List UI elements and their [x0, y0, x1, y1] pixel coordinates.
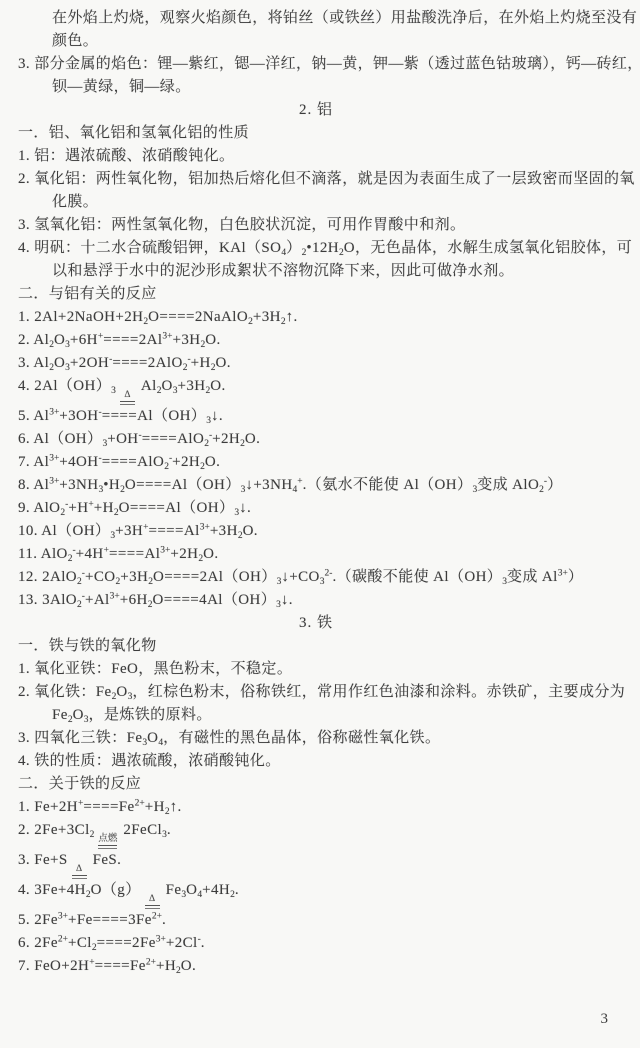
document-line: 钡—黄绿，铜—绿。 — [18, 76, 624, 99]
document-line: 3. Fe+SΔFeS. — [18, 849, 624, 879]
text-run: +3H — [173, 332, 201, 348]
document-line: 化膜。 — [18, 191, 624, 214]
text-run: O — [116, 684, 127, 700]
document-line: 二．关于铁的反应 — [18, 773, 624, 796]
text-run: ====Al — [148, 523, 199, 539]
document-line: 一．铝、氧化铝和氢氧化铝的性质 — [18, 122, 624, 145]
document-line: 13. 3AlO2-+Al3++6H2O====4Al（OH）3↓. — [18, 589, 624, 612]
text-run: +3H — [115, 523, 143, 539]
text-run: ↓+3NH — [245, 477, 292, 493]
subscript: 2 — [68, 554, 73, 564]
text-run: +2OH — [70, 355, 109, 371]
text-run: 2. 铝 — [299, 102, 333, 118]
text-run: +Fe====3Fe — [68, 912, 152, 928]
text-run: 5. Al — [18, 408, 49, 424]
text-run: 3. Fe+S — [18, 852, 68, 868]
text-run: 3. 部分金属的焰色：锂—紫红，锶—洋红，钠—黄，钾—紫（透过蓝色钴玻璃），钙—… — [18, 56, 640, 72]
text-run: . — [235, 882, 239, 898]
superscript: 3+ — [160, 546, 170, 556]
subscript: 3 — [320, 577, 325, 587]
text-run: O====4Al（OH） — [153, 592, 277, 608]
text-run: O. — [243, 523, 258, 539]
text-run: .（氨水不能使 Al（OH） — [303, 477, 473, 493]
text-run: ↓+CO — [281, 569, 319, 585]
text-run: ） — [568, 569, 583, 585]
document-line: 6. 2Fe2++Cl2====2Fe3++2Cl-. — [18, 932, 624, 955]
superscript: 3+ — [156, 935, 166, 945]
document-line: 10. Al（OH）3+3H+====Al3++3H2O. — [18, 520, 624, 543]
text-run: 变成 AlO — [477, 477, 539, 493]
text-run: 9. AlO — [18, 500, 60, 516]
text-run: O====2Al（OH） — [153, 569, 277, 585]
text-run: 13. 3AlO — [18, 592, 77, 608]
document-line: 3. 四氧化三铁：Fe3O4，有磁性的黑色晶体，俗称磁性氧化铁。 — [18, 727, 624, 750]
text-run: 化膜。 — [52, 194, 98, 210]
text-run: O. — [210, 378, 225, 394]
section-heading: 2. 铝 — [18, 99, 624, 122]
document-line: 11. AlO2-+4H+====Al3++2H2O. — [18, 543, 624, 566]
text-run: +3H — [210, 523, 238, 539]
text-run: 4. 明矾：十二水合硫酸铝钾，KAl（SO — [18, 240, 281, 256]
text-run: 10. Al（OH） — [18, 523, 110, 539]
section-heading: 3. 铁 — [18, 612, 624, 635]
text-run: Fe — [166, 882, 182, 898]
document-line: 1. 氧化亚铁：FeO，黑色粉末，不稳定。 — [18, 658, 624, 681]
text-run: +2H — [172, 454, 200, 470]
document-line: 8. Al3++3NH3•H2O====Al（OH）3↓+3NH4+.（氨水不能… — [18, 474, 624, 497]
document-line: 3. 氢氧化铝：两性氢氧化物，白色胶状沉淀，可用作胃酸中和剂。 — [18, 214, 624, 237]
text-run: ，有磁性的黑色晶体，俗称磁性氧化铁。 — [163, 730, 440, 746]
document-line: 5. 2Fe3++Fe====3Fe2+. — [18, 909, 624, 932]
text-run: +2H — [170, 546, 198, 562]
text-run: O====2NaAlO — [148, 309, 248, 325]
superscript: 3+ — [162, 332, 172, 342]
text-run: 5. 2Fe — [18, 912, 58, 928]
superscript: 2+ — [58, 935, 68, 945]
text-run: ====2Fe — [97, 935, 156, 951]
text-run: 颜色。 — [52, 33, 98, 49]
document-line: 12. 2AlO2-+CO2+3H2O====2Al（OH）3↓+CO32-.（… — [18, 566, 624, 589]
reaction-condition: Δ — [72, 864, 87, 879]
document-line: 1. 2Al+2NaOH+2H2O====2NaAlO2+3H2↑. — [18, 306, 624, 329]
text-run: +H — [94, 500, 114, 516]
text-run: 12. 2AlO — [18, 569, 77, 585]
text-run: O. — [215, 355, 230, 371]
text-run: 4. 2Al（OH） — [18, 378, 111, 394]
text-run: O. — [203, 546, 218, 562]
text-run: 2FeCl — [123, 822, 162, 838]
document-line: 3. 部分金属的焰色：锂—紫红，锶—洋红，钠—黄，钾—紫（透过蓝色钴玻璃），钙—… — [18, 53, 624, 76]
document-line: 5. Al3++3OH-====Al（OH）3↓. — [18, 405, 624, 428]
text-run: +4OH — [59, 454, 98, 470]
superscript: 3+ — [49, 477, 59, 487]
text-run: 二．与铝有关的反应 — [18, 286, 157, 302]
text-run: O — [54, 332, 65, 348]
text-run: O. — [205, 332, 220, 348]
document-line: 2. 2Fe+3Cl2点燃2FeCl3. — [18, 819, 624, 849]
text-run: . — [162, 912, 166, 928]
text-run: 1. Fe+2H — [18, 799, 78, 815]
text-run: 7. FeO+2H — [18, 958, 89, 974]
reaction-condition: 点燃 — [98, 834, 117, 849]
text-run: 在外焰上灼烧，观察火焰颜色，将铂丝（或铁丝）用盐酸洗净后，在外焰上灼烧至没有 — [52, 10, 637, 26]
superscript: 3+ — [49, 454, 59, 464]
document-line: 7. FeO+2H+====Fe2++H2O. — [18, 955, 624, 978]
document-line: 4. 铁的性质：遇浓硫酸，浓硝酸钝化。 — [18, 750, 624, 773]
text-run: ====Al（OH） — [102, 408, 207, 424]
text-run: O. — [181, 958, 196, 974]
text-run: 3. 氢氧化铝：两性氢氧化物，白色胶状沉淀，可用作胃酸中和剂。 — [18, 217, 465, 233]
text-run: ====Fe — [95, 958, 146, 974]
reaction-condition: Δ — [145, 894, 160, 909]
text-run: +6H — [70, 332, 98, 348]
subscript: 2 — [90, 830, 95, 840]
text-run: 2. 2Fe+3Cl — [18, 822, 90, 838]
document-line: 2. 氧化铁：Fe2O3，红棕色粉末，俗称铁红，常用作红色油漆和涂料。赤铁矿，主… — [18, 681, 624, 704]
document-line: 2. 氧化铝：两性氧化物，铝加热后熔化但不滴落，就是因为表面生成了一层致密而坚固… — [18, 168, 624, 191]
text-run: 变成 Al — [507, 569, 558, 585]
text-run: ====Fe — [83, 799, 134, 815]
text-run: •H — [103, 477, 120, 493]
reaction-condition: Δ — [120, 390, 135, 405]
superscript: 3+ — [110, 592, 120, 602]
text-run: +4H — [76, 546, 104, 562]
text-run: +H — [68, 500, 88, 516]
text-run: +4H — [202, 882, 230, 898]
document-line: 3. Al2O3+2OH-====2AlO2-+H2O. — [18, 352, 624, 375]
text-run: ====Al — [109, 546, 160, 562]
text-run: ，红棕色粉末，俗称铁红，常用作红色油漆和涂料。赤铁矿，主要成分为 — [132, 684, 625, 700]
text-run: 4. 铁的性质：遇浓硫酸，浓硝酸钝化。 — [18, 753, 281, 769]
text-run: 1. 氧化亚铁：FeO，黑色粉末，不稳定。 — [18, 661, 292, 677]
text-run: 2. 氧化铁：Fe — [18, 684, 112, 700]
text-run: FeS. — [93, 852, 122, 868]
text-run: O（g） — [91, 882, 141, 898]
text-run: ，是炼铁的原料。 — [89, 707, 212, 723]
text-run: +3NH — [59, 477, 98, 493]
document-line: 颜色。 — [18, 30, 624, 53]
text-run: 3. 铁 — [299, 615, 333, 631]
subscript: 3 — [111, 386, 116, 396]
superscript: 3+ — [58, 912, 68, 922]
document-line: 在外焰上灼烧，观察火焰颜色，将铂丝（或铁丝）用盐酸洗净后，在外焰上灼烧至没有 — [18, 7, 624, 30]
text-run: . — [201, 935, 205, 951]
reaction-condition-label: Δ — [149, 894, 155, 904]
text-run: ↑. — [170, 799, 182, 815]
text-run: .（碳酸不能使 Al（OH） — [332, 569, 502, 585]
text-run: O — [161, 378, 172, 394]
text-run: +H — [191, 355, 211, 371]
document-line: 以和悬浮于水中的泥沙形成絮状不溶物沉降下来，因此可做净水剂。 — [18, 260, 624, 283]
text-run: +2Cl — [166, 935, 198, 951]
text-run: 二．关于铁的反应 — [18, 776, 141, 792]
document-line: 2. Al2O3+6H+====2Al3++3H2O. — [18, 329, 624, 352]
text-run: ↑. — [286, 309, 298, 325]
text-run: 2. 氧化铝：两性氧化物，铝加热后熔化但不滴落，就是因为表面生成了一层致密而坚固… — [18, 171, 635, 187]
text-run: Al — [141, 378, 157, 394]
text-run: Fe — [52, 707, 68, 723]
document-line: 1. Fe+2H+====Fe2++H2↑. — [18, 796, 624, 819]
document-line: 4. 2Al（OH）3ΔAl2O3+3H2O. — [18, 375, 624, 405]
text-run: +H — [156, 958, 176, 974]
text-run: +OH — [107, 431, 138, 447]
text-run: 7. Al — [18, 454, 49, 470]
document-line: 4. 3Fe+4H2O（g）ΔFe3O4+4H2. — [18, 879, 624, 909]
text-run: +Al — [85, 592, 110, 608]
document-line: 6. Al（OH）3+OH-====AlO2-+2H2O. — [18, 428, 624, 451]
text-run: 1. 2Al+2NaOH+2H — [18, 309, 143, 325]
document-body: 在外焰上灼烧，观察火焰颜色，将铂丝（或铁丝）用盐酸洗净后，在外焰上灼烧至没有颜色… — [0, 0, 640, 978]
text-run: +3H — [253, 309, 281, 325]
text-run: . — [167, 822, 171, 838]
superscript: 3+ — [49, 408, 59, 418]
text-run: O — [186, 882, 197, 898]
text-run: 6. 2Fe — [18, 935, 58, 951]
document-line: 9. AlO2-+H++H2O====Al（OH）3↓. — [18, 497, 624, 520]
text-run: ====2Al — [103, 332, 162, 348]
page-number: 3 — [601, 1011, 609, 1028]
document-page: 在外焰上灼烧，观察火焰颜色，将铂丝（或铁丝）用盐酸洗净后，在外焰上灼烧至没有颜色… — [0, 0, 640, 1048]
superscript: 3+ — [200, 523, 210, 533]
text-run: 8. Al — [18, 477, 49, 493]
text-run: 3. Al — [18, 355, 49, 371]
text-run: +3H — [120, 569, 148, 585]
text-run: ====AlO — [142, 431, 204, 447]
text-run: +2H — [212, 431, 240, 447]
reaction-condition-label: Δ — [76, 864, 82, 874]
text-run: 6. Al（OH） — [18, 431, 102, 447]
text-run: +6H — [120, 592, 148, 608]
text-run: 3. 四氧化三铁：Fe — [18, 730, 142, 746]
text-run: +H — [145, 799, 165, 815]
text-run: +3H — [177, 378, 205, 394]
text-run: 一．铝、氧化铝和氢氧化铝的性质 — [18, 125, 249, 141]
text-run: 钡—黄绿，铜—绿。 — [52, 79, 191, 95]
text-run: +CO — [85, 569, 116, 585]
text-run: O====Al（OH） — [125, 477, 241, 493]
text-run: 2. Al — [18, 332, 49, 348]
reaction-condition-label: 点燃 — [98, 834, 117, 844]
text-run: O. — [245, 431, 260, 447]
text-run: •12H — [306, 240, 339, 256]
superscript: 2+ — [146, 958, 156, 968]
document-line: 7. Al3++4OH-====AlO2-+2H2O. — [18, 451, 624, 474]
text-run: ） — [547, 477, 562, 493]
superscript: 2+ — [152, 912, 162, 922]
text-run: 以和悬浮于水中的泥沙形成絮状不溶物沉降下来，因此可做净水剂。 — [52, 263, 514, 279]
text-run: ====2AlO — [112, 355, 182, 371]
text-run: 1. 铝：遇浓硫酸、浓硝酸钝化。 — [18, 148, 234, 164]
text-run: O，无色晶体，水解生成氢氧化铝胶体，可 — [344, 240, 632, 256]
text-run: O====Al（OH） — [119, 500, 235, 516]
text-run: O. — [205, 454, 220, 470]
text-run: ↓. — [239, 500, 251, 516]
superscript: 2+ — [135, 799, 145, 809]
document-line: 一．铁与铁的氧化物 — [18, 635, 624, 658]
text-run: 一．铁与铁的氧化物 — [18, 638, 157, 654]
text-run: O — [73, 707, 84, 723]
text-run: O — [147, 730, 158, 746]
text-run: ↓. — [211, 408, 223, 424]
text-run: 4. 3Fe+4H — [18, 882, 86, 898]
text-run: ） — [286, 240, 301, 256]
text-run: +3OH — [59, 408, 98, 424]
text-run: ↓. — [281, 592, 293, 608]
text-run: ====AlO — [102, 454, 164, 470]
document-line: 4. 明矾：十二水合硫酸铝钾，KAl（SO4）2•12H2O，无色晶体，水解生成… — [18, 237, 624, 260]
document-line: Fe2O3，是炼铁的原料。 — [18, 704, 624, 727]
text-run: O — [54, 355, 65, 371]
document-line: 1. 铝：遇浓硫酸、浓硝酸钝化。 — [18, 145, 624, 168]
document-line: 二．与铝有关的反应 — [18, 283, 624, 306]
text-run: 11. AlO — [18, 546, 68, 562]
reaction-condition-label: Δ — [124, 390, 130, 400]
text-run: +Cl — [68, 935, 92, 951]
superscript: 3+ — [558, 569, 568, 579]
